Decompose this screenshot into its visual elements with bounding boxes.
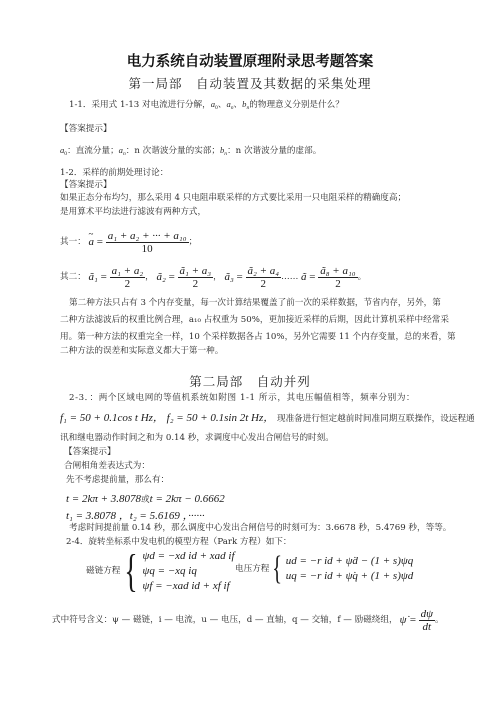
question-1-1: 1-1．采用式 1-13 对电流进行分解，a0、an、bn的物理意义分别是什么？ — [69, 99, 344, 114]
voltage-equations: 电压方程 { ud = −r id + ψ̇d − (1 + s)ψq uq =… — [235, 552, 413, 586]
answer-2-3-line2: 先不考虑提前量，那么有： — [66, 475, 169, 486]
symbol-legend: 式中符号含义：ψ — 磁链，i — 电流，u — 电压，d — 直轴，q — 交… — [52, 608, 444, 633]
answer-1-2-line2: 是用算术平均法进行滤波有两种方式， — [60, 207, 206, 218]
question-2-3-line1: 2-3．：两个区域电网的等值机系统如附图 1-1 所示，其电压幅值相等，频率分别… — [69, 393, 415, 404]
paragraph-line-4: 二种方法的误差和实际意义都大于第一种。 — [60, 346, 223, 357]
answer-hint-3: 【答案提示】 — [64, 447, 116, 458]
answer-2-3-eq2: t₁ = 3.8078 ，t₂ = 5.6169 ，······ — [66, 507, 205, 523]
method-1-fraction: a₁ + a₂ + ··· + a₁₀ 10 — [106, 230, 189, 255]
paragraph-line-1: 第二种方法只占有 3 个内存变量，每一次计算结果覆盖了前一次的采样数据，节省内存… — [69, 298, 441, 309]
part2-heading: 第二局部 自动并列 — [0, 372, 500, 390]
question-1-2: 1-2．采样的前期处理讨论： — [60, 168, 168, 179]
answer-2-3-line1: 合闸相角差表达式为： — [64, 461, 150, 472]
question-2-4: 2-4．旋转坐标系中发电机的模型方程（Park 方程）如下： — [66, 537, 291, 548]
question-2-3-line3: 讯和继电器动作时间之和为 0.14 秒，求调度中心发出合闸信号的时刻。 — [60, 433, 334, 444]
method-2-formula: 其二： ã₁ = a₁ + a₂2， ã₂ = ã₁ + a₃2， ã₃ = ã… — [60, 265, 366, 290]
question-2-3-line2: f₁ = 50 + 0.1cos t Hz， f₂ = 50 + 0.1sin … — [60, 413, 475, 425]
answer-2-3-line3: 考虑时间提前量 0.14 秒，那么调度中心发出合闸信号的时刻可为：3.6678 … — [69, 523, 451, 534]
answer-2-3-eq1: t = 2kπ + 3.8078或t = 2kπ − 0.6662 — [66, 487, 225, 506]
left-brace: { — [125, 548, 138, 594]
document-title: 电力系统自动装置原理附录思考题答案 — [0, 50, 500, 71]
paragraph-line-3: 用。第一种方法的权重完全一样，10 个采样数据各占 10%，另外它需要 11 个… — [60, 332, 456, 343]
answer-hint-2: 【答案提示】 — [60, 180, 112, 191]
left-brace: { — [273, 552, 283, 586]
answer-hint-1: 【答案提示】 — [60, 124, 112, 135]
paragraph-line-2: 二种方法滤波后的权重比例合理，a₁₀ 占权重为 50%，更加接近采样的后期，因此… — [60, 315, 449, 326]
answer-1-2-line1: 如果正态分布均匀，那么采用 4 只电阻串联采样的方式要比采用一只电阻采样的精确度… — [60, 193, 406, 204]
method-1-formula: 其一： a = a₁ + a₂ + ··· + a₁₀ 10 ； — [60, 230, 197, 255]
part1-heading: 第一局部 自动装置及其数据的采集处理 — [0, 74, 500, 92]
document-page: 电力系统自动装置原理附录思考题答案 第一局部 自动装置及其数据的采集处理 1-1… — [0, 0, 500, 707]
flux-equations: 磁链方程 { ψd = −xd id + xad if ψq = −xq iq … — [86, 548, 235, 594]
answer-1-1: a0：直流分量；an：n 次谐波分量的实部；bn：n 次谐波分量的虚部。 — [60, 145, 321, 160]
